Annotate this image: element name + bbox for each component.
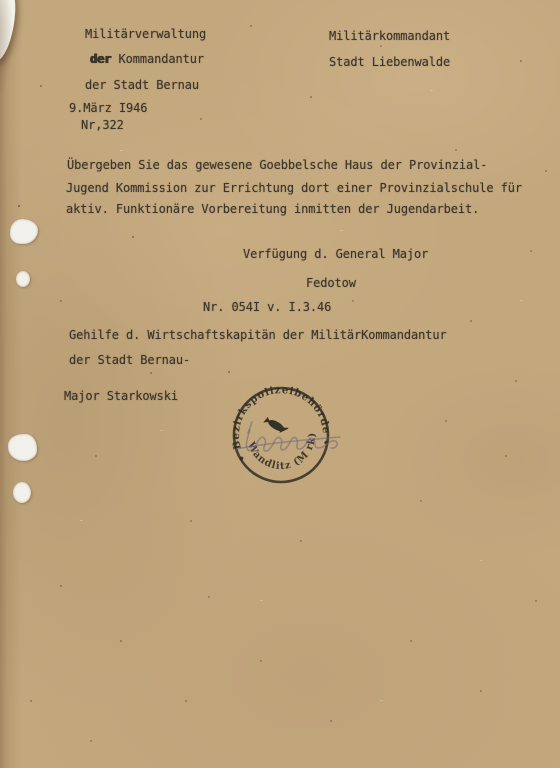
torn-corner-backing	[0, 0, 21, 64]
signoff-line-1: Gehilfe d. Wirtschaftskapitän der Militä…	[69, 328, 447, 342]
body-line-3: aktiv. Funktionäre Vorbereitung inmitten…	[66, 202, 479, 216]
recipient-line-1: Militärkommandant	[329, 29, 450, 43]
decree-line-1: Verfügung d. General Major	[243, 247, 428, 261]
paper-fibres	[0, 0, 3, 1]
sender-line-1: Militärverwaltung	[85, 27, 206, 41]
signoff-line-2: der Stadt Bernau-	[69, 353, 190, 367]
signature	[228, 412, 360, 468]
document-date: 9.März I946	[69, 101, 147, 115]
paper-hole	[8, 434, 37, 461]
sender-line-2: der Kommandantur	[90, 52, 204, 66]
signatory-name: Major Starkowski	[64, 389, 178, 403]
decree-name: Fedotow	[306, 276, 356, 290]
sender-line-2-rest: Kommandantur	[111, 52, 204, 66]
paper-hole	[10, 219, 38, 244]
paper-hole	[13, 482, 31, 503]
overstruck-word: der	[90, 52, 111, 66]
body-line-2: Jugend Kommission zur Errichtung dort ei…	[66, 181, 522, 195]
decree-ref-number: Nr. 054I v. I.3.46	[203, 300, 331, 314]
recipient-line-2: Stadt Liebenwalde	[329, 55, 450, 69]
sender-line-3: der Stadt Bernau	[85, 78, 199, 92]
paper-hole	[16, 271, 30, 287]
document-ref-number: Nr,322	[81, 118, 124, 132]
body-line-1: Übergeben Sie das gewesene Goebbelsche H…	[67, 158, 487, 172]
scanned-document: Militärverwaltung der Kommandantur der S…	[0, 0, 560, 768]
